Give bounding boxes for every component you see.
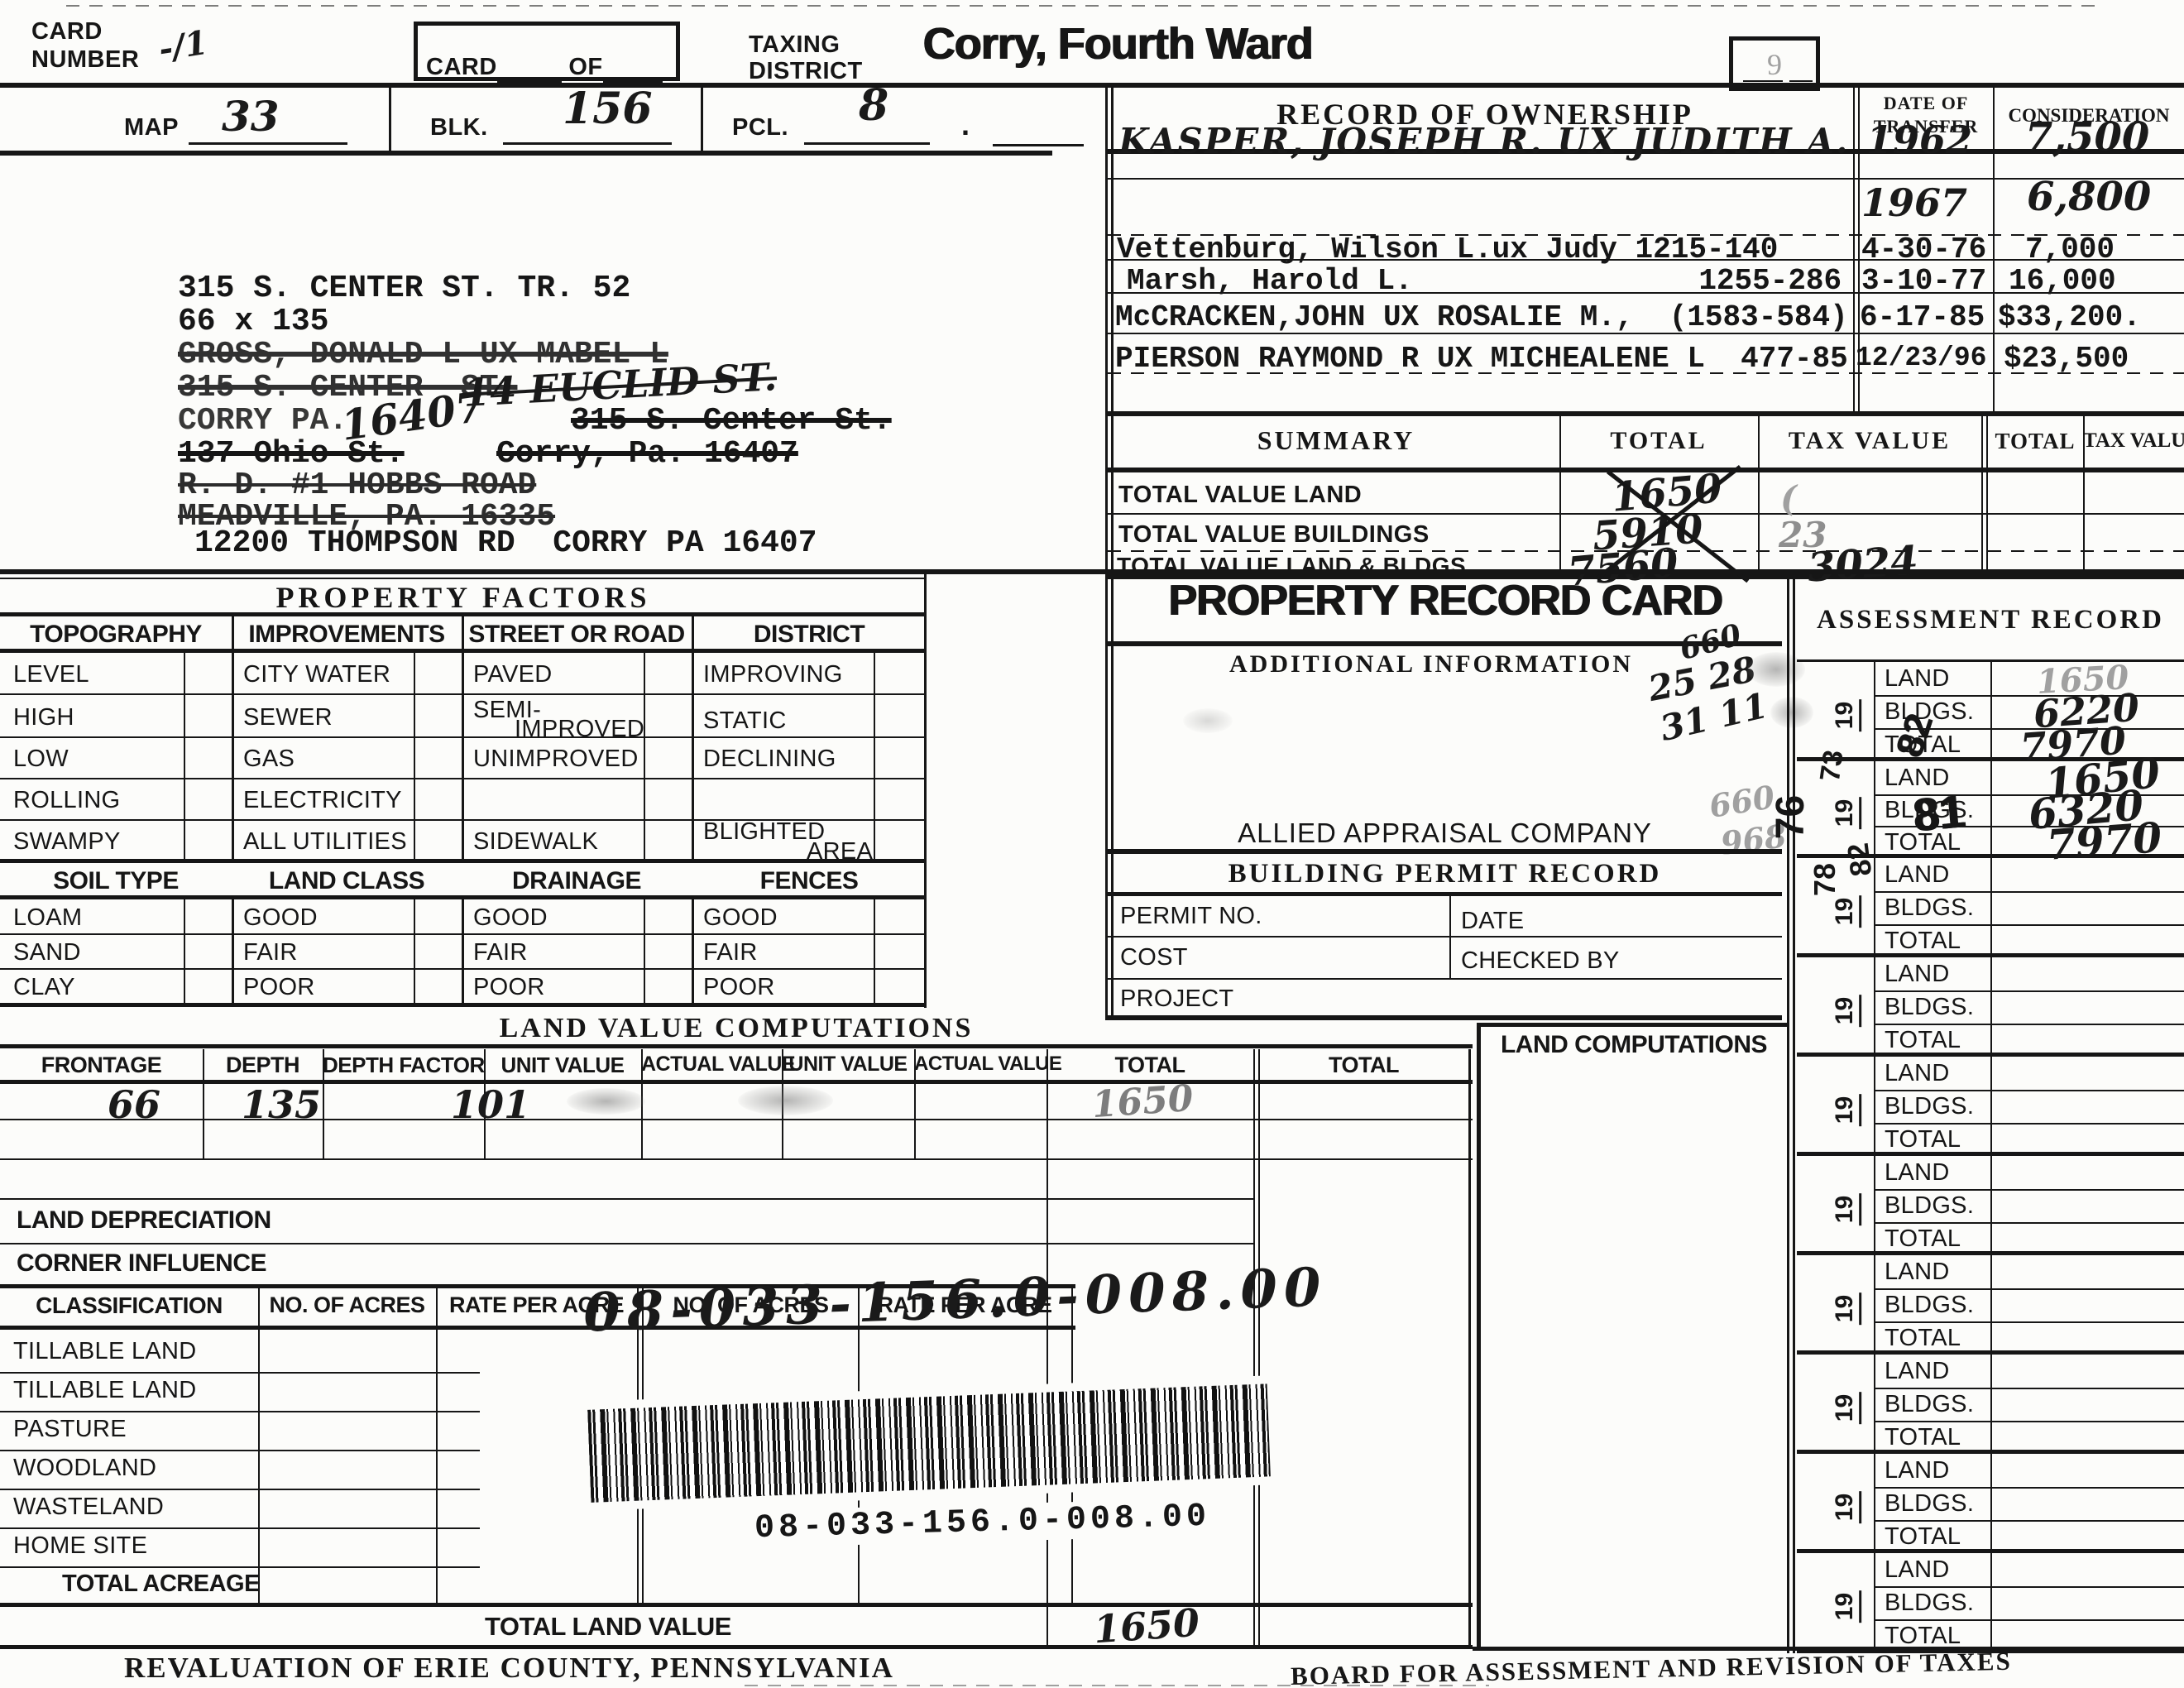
summary-tax-value-header: TAX VALUE bbox=[1758, 429, 1981, 453]
summary-total-2-header: TOTAL bbox=[1987, 430, 2083, 453]
topography-option: HIGH bbox=[13, 705, 74, 731]
rule bbox=[1874, 891, 2184, 893]
rule bbox=[0, 1372, 480, 1374]
rule bbox=[1874, 1090, 2184, 1091]
classification-row: WOODLAND bbox=[13, 1455, 156, 1482]
rule bbox=[0, 1198, 1253, 1200]
owner-row-name: Marsh, Harold L. 1255-286 bbox=[1127, 266, 1842, 296]
street-or-road-header: STREET OR ROAD bbox=[462, 622, 692, 647]
total-header: TOTAL bbox=[1046, 1054, 1253, 1077]
rule bbox=[1990, 957, 1992, 1053]
year-label: 19 bbox=[1831, 1491, 1861, 1523]
assessment-group: 19 LAND BLDGS. TOTAL bbox=[1797, 1057, 2184, 1156]
improvements-option: SEWER bbox=[243, 705, 333, 731]
barcode-backdrop bbox=[576, 1375, 1287, 1512]
assessment-group: 19 LAND BLDGS. TOTAL bbox=[1797, 957, 2184, 1057]
rule bbox=[1874, 990, 2184, 992]
rule bbox=[1477, 1023, 1481, 1647]
assessment-group: 19 LAND BLDGS. TOTAL bbox=[1797, 1355, 2184, 1454]
drainage-option: FAIR bbox=[473, 940, 528, 966]
corner-influence-label: CORNER INFLUENCE bbox=[17, 1251, 266, 1276]
rule bbox=[1108, 411, 2184, 416]
fences-option: POOR bbox=[703, 975, 775, 1001]
depth-header: DEPTH bbox=[203, 1054, 323, 1077]
smudge bbox=[738, 1086, 833, 1115]
rule bbox=[389, 88, 391, 152]
rule bbox=[203, 1049, 204, 1160]
rule bbox=[1108, 892, 1782, 896]
rule bbox=[1874, 1619, 2184, 1621]
district-option: STATIC bbox=[703, 708, 787, 735]
total-land-value: 1650 bbox=[1093, 1604, 1201, 1649]
rule bbox=[0, 578, 927, 579]
topography-header: TOPOGRAPHY bbox=[0, 622, 232, 647]
rule bbox=[0, 1411, 480, 1412]
summary-title: SUMMARY bbox=[1117, 427, 1555, 453]
rule bbox=[1874, 1321, 2184, 1323]
owner-row-amount: 7,000 bbox=[2025, 235, 2115, 265]
owner-row-amount: 7,500 bbox=[2025, 117, 2149, 157]
topography-option: LOW bbox=[13, 746, 69, 773]
bldgs-label: BLDGS. bbox=[1885, 995, 1974, 1021]
rule bbox=[0, 1003, 927, 1007]
map-label: MAP bbox=[124, 114, 179, 141]
rule bbox=[1874, 662, 1875, 757]
total-label: TOTAL bbox=[1885, 1326, 1961, 1352]
address-line-9: 12200 THOMPSON RD CORRY PA 16407 bbox=[194, 528, 817, 559]
summary-tax-value-2-header: TAX VALUE bbox=[2083, 430, 2184, 451]
assessment-group: 19 LAND BLDGS. TOTAL bbox=[1797, 1454, 2184, 1553]
classification-row: WASTELAND bbox=[13, 1494, 164, 1521]
rule bbox=[701, 88, 703, 152]
address-line-7-struck: R. D. #1 HOBBS ROAD bbox=[178, 470, 536, 501]
year-label: 19 bbox=[1831, 1292, 1861, 1325]
rule bbox=[1789, 80, 1813, 82]
district-header: DISTRICT bbox=[692, 622, 927, 647]
rule bbox=[745, 1685, 1489, 1686]
rule bbox=[1743, 80, 1783, 82]
actual-value-2-header: ACTUAL VALUE bbox=[914, 1054, 1046, 1074]
owner-row-date: 12/23/96 bbox=[1856, 344, 1986, 372]
classification-row: TILLABLE LAND bbox=[13, 1378, 197, 1404]
fences-option: GOOD bbox=[703, 905, 778, 932]
frontage-value: 66 bbox=[108, 1086, 160, 1124]
rule bbox=[1874, 1288, 2184, 1290]
summary-row-label: TOTAL VALUE BUILDINGS bbox=[1118, 521, 1430, 549]
total-label: TOTAL bbox=[1885, 928, 1961, 955]
depth-factor-header: DEPTH FACTOR bbox=[323, 1054, 484, 1076]
pcl-dot: . bbox=[961, 108, 970, 141]
rule bbox=[462, 899, 464, 1003]
rule bbox=[1874, 761, 1875, 854]
map-value: 33 bbox=[222, 96, 280, 137]
rule bbox=[1874, 1487, 2184, 1489]
owner-row-amount: $23,500 bbox=[2004, 344, 2129, 374]
land-label: LAND bbox=[1885, 666, 1950, 693]
rule bbox=[1874, 957, 1875, 1053]
land-label: LAND bbox=[1885, 1160, 1950, 1187]
year-stamp-81: 81 bbox=[1910, 784, 1966, 842]
rule bbox=[1990, 1255, 1992, 1350]
permit-no-label: PERMIT NO. bbox=[1120, 904, 1262, 930]
total-land-value-label: TOTAL LAND VALUE bbox=[356, 1614, 860, 1639]
soil-option: CLAY bbox=[13, 975, 75, 1001]
owner-row-date: 3-10-77 bbox=[1861, 266, 1986, 296]
permit-cost-label: COST bbox=[1120, 945, 1188, 971]
improvements-header: IMPROVEMENTS bbox=[232, 622, 462, 647]
blk-label: BLK. bbox=[430, 114, 488, 141]
address-line-2: 66 x 135 bbox=[178, 306, 328, 338]
assessment-group: 19 LAND BLDGS. TOTAL bbox=[1797, 1156, 2184, 1255]
taxing-district-label-1: TAXING bbox=[749, 31, 840, 59]
total-acreage-label: TOTAL ACREAGE bbox=[62, 1572, 260, 1596]
barcode bbox=[587, 1383, 1271, 1502]
permit-date-label: DATE bbox=[1461, 909, 1524, 935]
rule bbox=[1874, 1255, 1875, 1350]
total-label: TOTAL bbox=[1885, 1127, 1961, 1153]
permit-project-label: PROJECT bbox=[1120, 986, 1233, 1013]
rule bbox=[1874, 924, 2184, 926]
land-label: LAND bbox=[1885, 1359, 1950, 1385]
property-record-card-title: PROPERTY RECORD CARD bbox=[1108, 579, 1782, 622]
parcel-number-handwritten: 08-033-156.0-008.00 bbox=[582, 1261, 1328, 1340]
summary-row-label: TOTAL VALUE LAND bbox=[1118, 482, 1362, 509]
rule bbox=[323, 1049, 324, 1160]
district-option: IMPROVING bbox=[703, 662, 843, 688]
rule bbox=[914, 1049, 916, 1160]
year-label: 19 bbox=[1831, 895, 1861, 928]
assessment-group: 19 LAND BLDGS. TOTAL bbox=[1797, 1553, 2184, 1653]
rule bbox=[1874, 1520, 2184, 1522]
rule bbox=[1990, 1553, 1992, 1649]
drainage-option: POOR bbox=[473, 975, 545, 1001]
smudge bbox=[1183, 708, 1233, 733]
total-2-header: TOTAL bbox=[1259, 1054, 1468, 1077]
rule bbox=[0, 693, 927, 695]
classification-row: HOME SITE bbox=[13, 1533, 147, 1560]
additional-information-label: ADDITIONAL INFORMATION bbox=[1142, 652, 1721, 677]
land-computations-title: LAND COMPUTATIONS bbox=[1481, 1033, 1787, 1057]
rule bbox=[414, 653, 415, 859]
land-class-header: LAND CLASS bbox=[232, 869, 462, 894]
address-line-5: CORRY PA. bbox=[178, 405, 347, 437]
card-of-card-text: CARD bbox=[426, 54, 497, 80]
footer-board: BOARD FOR ASSESSMENT AND REVISION OF TAX… bbox=[1291, 1650, 1919, 1688]
soil-option: LOAM bbox=[13, 905, 82, 932]
rule bbox=[0, 1080, 1473, 1084]
rule bbox=[189, 142, 347, 145]
rule bbox=[0, 1603, 1473, 1607]
soil-option: SAND bbox=[13, 940, 81, 966]
owner-row-amount: 6,800 bbox=[2027, 177, 2151, 217]
rule bbox=[0, 1527, 480, 1529]
rule bbox=[1990, 761, 1992, 854]
no-of-acres-header: NO. OF ACRES bbox=[258, 1294, 436, 1316]
rule bbox=[1046, 1049, 1048, 1647]
rule bbox=[0, 1119, 1473, 1120]
bldgs-label: BLDGS. bbox=[1885, 1094, 1974, 1120]
rule bbox=[0, 151, 1052, 156]
rule bbox=[1993, 83, 1995, 411]
topography-option: LEVEL bbox=[13, 662, 89, 688]
year-stamp-82: 82 bbox=[1841, 842, 1880, 879]
rule bbox=[1990, 1454, 1992, 1549]
classification-row: TILLABLE LAND bbox=[13, 1339, 197, 1365]
additional-info-note: 660 bbox=[1707, 781, 1777, 822]
lvc-total-value: 1650 bbox=[1091, 1081, 1195, 1124]
rule bbox=[0, 736, 927, 738]
rule bbox=[0, 1566, 480, 1568]
appraisal-company: ALLIED APPRAISAL COMPANY bbox=[1108, 818, 1782, 849]
rule bbox=[0, 83, 2184, 88]
owner-row-name: PIERSON RAYMOND R UX MICHEALENE L 477-85 bbox=[1115, 344, 1848, 374]
summary-row-label: TOTAL VALUE LAND & BLDGS. bbox=[1117, 553, 1473, 579]
owner-row-name: McCRACKEN,JOHN UX ROSALIE M., (1583-584) bbox=[1115, 303, 1848, 333]
rule bbox=[1874, 1024, 2184, 1025]
property-record-card-scan: CARD NUMBER -/1 CARD OF TAXING DISTRICT … bbox=[0, 0, 2184, 1688]
land-class-option: FAIR bbox=[243, 940, 298, 966]
year-stamp-73: 73 bbox=[1814, 748, 1851, 784]
permit-checked-by-label: CHECKED BY bbox=[1461, 948, 1620, 975]
rule bbox=[232, 899, 234, 1003]
rule bbox=[1990, 662, 1992, 757]
rule bbox=[1468, 1049, 1471, 1647]
rule bbox=[1874, 1222, 2184, 1224]
rule bbox=[1108, 978, 1782, 980]
owner-row-amount: $33,200. bbox=[1998, 303, 2141, 333]
rule bbox=[184, 653, 185, 859]
property-factors-title: PROPERTY FACTORS bbox=[0, 583, 927, 612]
total-label: TOTAL bbox=[1885, 1524, 1961, 1551]
building-permit-record-title: BUILDING PERMIT RECORD bbox=[1108, 861, 1782, 888]
rule bbox=[1793, 569, 1795, 1653]
rule bbox=[1477, 1023, 1787, 1027]
fences-option: FAIR bbox=[703, 940, 758, 966]
smudge bbox=[567, 1088, 645, 1115]
improvements-option: ELECTRICITY bbox=[243, 788, 402, 814]
rule bbox=[993, 144, 1084, 146]
card-of-box: CARD OF bbox=[414, 22, 680, 81]
rule bbox=[0, 778, 927, 779]
rule bbox=[503, 142, 672, 145]
summary-row-tax: 3024 bbox=[1806, 540, 1919, 587]
topography-option: ROLLING bbox=[13, 788, 120, 814]
owner-row-name: Vettenburg, Wilson L.ux Judy 1215-140 bbox=[1117, 235, 1778, 265]
total-label: TOTAL bbox=[1885, 1028, 1961, 1054]
fences-header: FENCES bbox=[692, 869, 927, 894]
depth-factor-value: 101 bbox=[451, 1086, 530, 1124]
year-label: 19 bbox=[1831, 1193, 1861, 1225]
year-label: 19 bbox=[1831, 797, 1861, 829]
rule bbox=[1990, 1355, 1992, 1450]
rule bbox=[644, 653, 645, 859]
rule bbox=[874, 653, 875, 859]
rule bbox=[1108, 178, 2184, 180]
rule bbox=[644, 899, 645, 1003]
year-label: 19 bbox=[1831, 995, 1861, 1027]
improvements-option: GAS bbox=[243, 746, 295, 773]
rule bbox=[1253, 1049, 1255, 1647]
rule bbox=[0, 1645, 1473, 1649]
topography-option: SWAMPY bbox=[13, 829, 121, 856]
street-option: SIDEWALK bbox=[473, 829, 598, 856]
year-label: 19 bbox=[1831, 699, 1861, 731]
rule bbox=[0, 859, 927, 863]
rule bbox=[1108, 936, 1782, 938]
rule bbox=[0, 933, 927, 935]
card-of-blank-2 bbox=[603, 54, 663, 84]
bldgs-label: BLDGS. bbox=[1885, 1292, 1974, 1319]
rule bbox=[692, 899, 694, 1003]
address-line-6-struck: 137 Ohio St. bbox=[178, 439, 405, 470]
year-label: 19 bbox=[1831, 1590, 1861, 1623]
assessment-group: 19 LAND BLDGS. TOTAL 1650 6220 7970 bbox=[1797, 662, 2184, 761]
assessment-group: 19 LAND BLDGS. TOTAL bbox=[1797, 1255, 2184, 1355]
card-number-label-2: NUMBER bbox=[31, 46, 139, 74]
bldgs-label: BLDGS. bbox=[1885, 1193, 1974, 1220]
address-line-5-struck: 315 S. Center St. bbox=[571, 405, 892, 437]
rule bbox=[874, 899, 875, 1003]
actual-value-header: ACTUAL VALUE bbox=[641, 1054, 782, 1075]
pcl-label: PCL. bbox=[732, 114, 788, 141]
rule bbox=[1874, 1355, 1875, 1450]
rule bbox=[414, 899, 415, 1003]
frontage-header: FRONTAGE bbox=[0, 1054, 203, 1077]
owner-row-amount: 16,000 bbox=[2009, 266, 2116, 296]
year-label: 19 bbox=[1831, 1392, 1861, 1424]
owner-row-date: 1962 bbox=[1866, 121, 1972, 159]
district-option-area: AREA bbox=[807, 839, 873, 866]
land-label: LAND bbox=[1885, 1458, 1950, 1484]
summary-row-tax: ( bbox=[1780, 482, 1797, 516]
rule bbox=[1990, 1156, 1992, 1251]
rule bbox=[258, 1288, 260, 1603]
rule bbox=[1874, 1553, 1875, 1649]
rule bbox=[66, 5, 2101, 7]
rule bbox=[1990, 858, 1992, 953]
rule bbox=[0, 1450, 480, 1451]
rule bbox=[924, 574, 927, 1008]
improvements-option: CITY WATER bbox=[243, 662, 390, 688]
land-label: LAND bbox=[1885, 1557, 1950, 1584]
land-label: LAND bbox=[1885, 961, 1950, 988]
owner-row-name: KASPER, JOSEPH R. UX JUDITH A. bbox=[1118, 124, 1849, 159]
street-option: PAVED bbox=[473, 662, 553, 688]
rule bbox=[0, 569, 2184, 574]
rule bbox=[1787, 569, 1789, 1653]
street-option: UNIMPROVED bbox=[473, 746, 639, 773]
owner-row-date: 1967 bbox=[1861, 184, 1967, 222]
pcl-value: 8 bbox=[859, 84, 888, 127]
district-option: DECLINING bbox=[703, 746, 836, 773]
rule bbox=[436, 1288, 438, 1603]
rule bbox=[1990, 1057, 1992, 1152]
rule bbox=[1874, 1123, 2184, 1125]
owner-row-date: 4-30-76 bbox=[1861, 235, 1986, 265]
land-label: LAND bbox=[1885, 1259, 1950, 1286]
classification-row: PASTURE bbox=[13, 1417, 127, 1443]
land-depreciation-label: LAND DEPRECIATION bbox=[17, 1208, 271, 1233]
rule bbox=[1258, 1049, 1260, 1647]
drainage-header: DRAINAGE bbox=[462, 869, 692, 894]
total-label: TOTAL bbox=[1885, 1226, 1961, 1253]
rule bbox=[1874, 1057, 1875, 1152]
taxing-district-label-2: DISTRICT bbox=[749, 58, 863, 85]
rule bbox=[1108, 849, 1782, 854]
bldgs-label: BLDGS. bbox=[1885, 1590, 1974, 1617]
year-stamp-78: 78 bbox=[1808, 863, 1842, 896]
rule bbox=[1874, 1388, 2184, 1389]
year-label: 19 bbox=[1831, 1094, 1861, 1126]
rule bbox=[1874, 1586, 2184, 1588]
improvements-option: ALL UTILITIES bbox=[243, 829, 407, 856]
address-line-1: 315 S. CENTER ST. TR. 52 bbox=[178, 273, 630, 305]
taxing-district-name: Corry, Fourth Ward bbox=[922, 22, 1312, 66]
rule bbox=[1874, 1189, 2184, 1191]
rule bbox=[1853, 83, 1855, 411]
blk-value: 156 bbox=[563, 88, 653, 131]
land-label: LAND bbox=[1885, 862, 1950, 889]
assessment-record-title: ASSESSMENT RECORD bbox=[1797, 607, 2184, 634]
bldgs-label: BLDGS. bbox=[1885, 1392, 1974, 1418]
classification-header: CLASSIFICATION bbox=[0, 1294, 258, 1317]
rule bbox=[1874, 1454, 1875, 1549]
land-value-computations-title: LAND VALUE COMPUTATIONS bbox=[0, 1014, 1473, 1043]
bldgs-label: BLDGS. bbox=[1885, 1491, 1974, 1518]
corner-number-value: 9 bbox=[1733, 47, 1816, 82]
bldgs-label: BLDGS. bbox=[1885, 895, 1974, 922]
card-of-card-label: CARD OF bbox=[426, 54, 663, 84]
depth-value: 135 bbox=[242, 1086, 321, 1124]
footer-revaluation: REVALUATION OF ERIE COUNTY, PENNSYLVANIA bbox=[124, 1653, 802, 1682]
rule bbox=[0, 1489, 480, 1490]
parcel-number-printed: 08-033-156.0-008.00 bbox=[754, 1499, 1211, 1547]
year-stamp-76: 76 bbox=[1768, 795, 1813, 839]
land-class-option: POOR bbox=[243, 975, 315, 1001]
rule bbox=[0, 968, 927, 970]
rule bbox=[1874, 1156, 1875, 1251]
drainage-option: GOOD bbox=[473, 905, 548, 932]
rule bbox=[1874, 1421, 2184, 1422]
owner-row-date: 6-17-85 bbox=[1860, 303, 1985, 333]
rule bbox=[0, 1044, 1473, 1048]
land-label: LAND bbox=[1885, 1061, 1950, 1087]
rule bbox=[184, 899, 185, 1003]
summary-total-header: TOTAL bbox=[1559, 429, 1758, 453]
card-number-handwritten: -/1 bbox=[156, 26, 210, 67]
card-of-of-text: OF bbox=[568, 54, 602, 80]
unit-value-header: UNIT VALUE bbox=[484, 1054, 641, 1076]
soil-type-header: SOIL TYPE bbox=[0, 869, 232, 894]
rule bbox=[0, 1243, 1253, 1244]
total-label: TOTAL bbox=[1885, 1425, 1961, 1451]
card-of-blank-1 bbox=[497, 54, 562, 84]
land-class-option: GOOD bbox=[243, 905, 318, 932]
rule bbox=[0, 1158, 1473, 1160]
street-option-improved: IMPROVED bbox=[515, 717, 644, 743]
card-number-label-1: CARD bbox=[31, 18, 103, 46]
unit-value-2-header: UNIT VALUE bbox=[782, 1054, 914, 1075]
date-of-transfer-header-1: DATE OF bbox=[1860, 94, 1992, 113]
rule bbox=[804, 142, 930, 145]
address-line-6b-struck: Corry, Pa. 16407 bbox=[496, 439, 798, 470]
